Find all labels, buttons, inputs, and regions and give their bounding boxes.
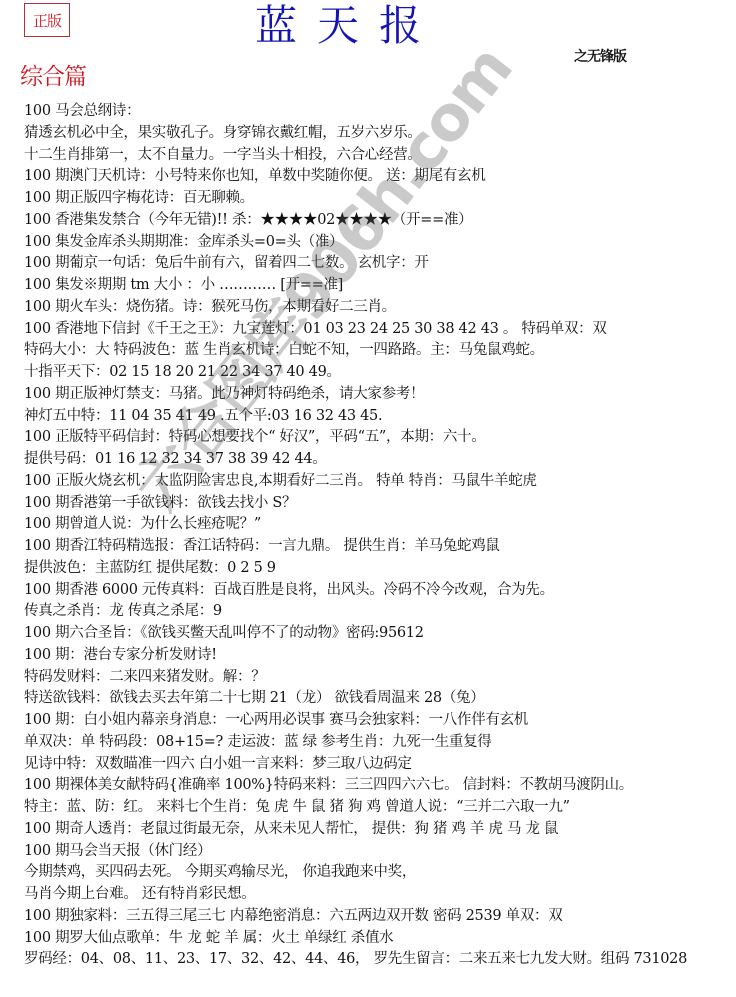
- text-line: 神灯五中特：11 04 35 41 49 .五个平:03 16 32 43 45…: [24, 406, 736, 428]
- text-line: 100 期罗大仙点歌单：牛 龙 蛇 羊 属：火土 单绿红 杀值水: [24, 928, 736, 950]
- text-line: 100 期正版四字梅花诗：百无聊赖。: [24, 188, 736, 210]
- text-line: 见诗中特：双数瞄准一四六 白小姐一言来料：梦三取八边码定: [24, 754, 736, 776]
- text-line: 马肖今期上台难。 还有特肖彩民想。: [24, 884, 736, 906]
- text-line: 十二生肖排第一，太不自量力。一字当头十相投，六合心经营。: [24, 145, 736, 167]
- text-line: 传真之杀肖：龙 传真之杀尾：9: [24, 601, 736, 623]
- text-line: 100 期正版神灯禁支：马猪。此乃神灯特码绝杀，请大家参考！: [24, 384, 736, 406]
- text-line: 提供号码：01 16 12 32 34 37 38 39 42 44。: [24, 449, 736, 471]
- text-line: 100 期香港第一手欲钱料：欲钱去找小 S？: [24, 493, 736, 515]
- text-line: 100 期曾道人说：为什么长痤疮呢？”: [24, 514, 736, 536]
- content-lines: 100 马会总纲诗： 猜透玄机必中全，果实敬孔子。身穿锦衣戴红帽，五岁六岁乐。 …: [24, 101, 736, 971]
- text-line: 100 正版特平码信封：特码心想要找个“ 好汉”，平码“五”，本期：六十。: [24, 427, 736, 449]
- text-line: 100 期澳门天机诗：小号特来你也知，单数中奖随你便。 送：期尾有玄机: [24, 166, 736, 188]
- text-line: 100 香港集发禁合（今年无错)!! 杀：★★★★02★★★★（开==准）: [24, 210, 736, 232]
- text-line: 100 期火车头：烧伤猪。诗：猴死马伤，本期看好二三肖。: [24, 297, 736, 319]
- text-line: 猜透玄机必中全，果实敬孔子。身穿锦衣戴红帽，五岁六岁乐。: [24, 123, 736, 145]
- stamp-label: 正版: [33, 10, 61, 31]
- text-line: 100 香港地下信封《千王之王》：九宝莲灯：01 03 23 24 25 30 …: [24, 319, 736, 341]
- section-title: 综合篇: [20, 58, 86, 91]
- text-line: 100 期六合圣旨：《欲钱买鳖天乱叫停不了的动物》密码:95612: [24, 623, 736, 645]
- text-line: 100 期：白小姐内幕亲身消息：一心两用必误事 赛马会独家料：一八作伴有玄机: [24, 710, 736, 732]
- text-line: 罗码经：04、08、11、23、17、32、42、44、46， 罗先生留言：二来…: [24, 949, 736, 971]
- text-line: 100 期独家料：三五得三尾三七 内幕绝密消息：六五两边双开数 密码 2539 …: [24, 906, 736, 928]
- text-line: 特主：蓝、防：红。 来料七个生肖：兔 虎 牛 鼠 猪 狗 鸡 曾道人说：“三并二…: [24, 797, 736, 819]
- text-line: 100 集发※期期 tm 大小 ：小 ………… [开==准]: [24, 275, 736, 297]
- text-line: 提供波色：主蓝防红 提供尾数：0 2 5 9: [24, 558, 736, 580]
- text-line: 100 正版火烧玄机：太监阴险害忠良,本期看好二三肖。 特单 特肖：马鼠牛羊蛇虎: [24, 471, 736, 493]
- page-title: 蓝天报: [255, 0, 441, 52]
- text-line: 特码发财料：二来四来猪发财。解：？: [24, 667, 736, 689]
- text-line: 100 期香江特码精选报：香江话特码：一言九鼎。 提供生肖：羊马兔蛇鸡鼠: [24, 536, 736, 558]
- official-edition-stamp: 正版: [24, 3, 70, 37]
- text-line: 单双决：单 特码段：08+15=? 走运波：蓝 绿 参考生肖：九死一生重复得: [24, 732, 736, 754]
- text-line: 100 期葡京一句话：兔后牛前有六，留着四二七数。 玄机字：开: [24, 253, 736, 275]
- edition-label: 之无锋版: [574, 46, 626, 66]
- text-line: 十指平天下：02 15 18 20 21 22 34 37 40 49。: [24, 362, 736, 384]
- text-line: 100 期马会当天报（休门经）: [24, 841, 736, 863]
- text-line: 100 期：港台专家分析发财诗!: [24, 645, 736, 667]
- text-line: 100 期香港 6000 元传真料：百战百胜是良将，出风头。冷码不冷今改观，合为…: [24, 580, 736, 602]
- text-line: 100 集发金库杀头期期准：金库杀头=0=头（准）: [24, 232, 736, 254]
- text-line: 100 期裸体美女献特码{准确率 100%}特码来料：三三四四六六七。 信封料：…: [24, 775, 736, 797]
- text-line: 特送欲钱料：欲钱去买去年第二十七期 21（龙） 欲钱看周温来 28（兔）: [24, 688, 736, 710]
- text-line: 100 马会总纲诗：: [24, 101, 736, 123]
- text-line: 特码大小：大 特码波色：蓝 生肖玄机诗：白蛇不知，一四路路。主：马兔鼠鸡蛇。: [24, 340, 736, 362]
- text-line: 今期禁鸡，买四码去死。 今期买鸡输尽光， 你追我跑来中奖，: [24, 862, 736, 884]
- text-line: 100 期奇人透肖：老鼠过街最无奈，从来未见人帮忙， 提供：狗 猪 鸡 羊 虎 …: [24, 819, 736, 841]
